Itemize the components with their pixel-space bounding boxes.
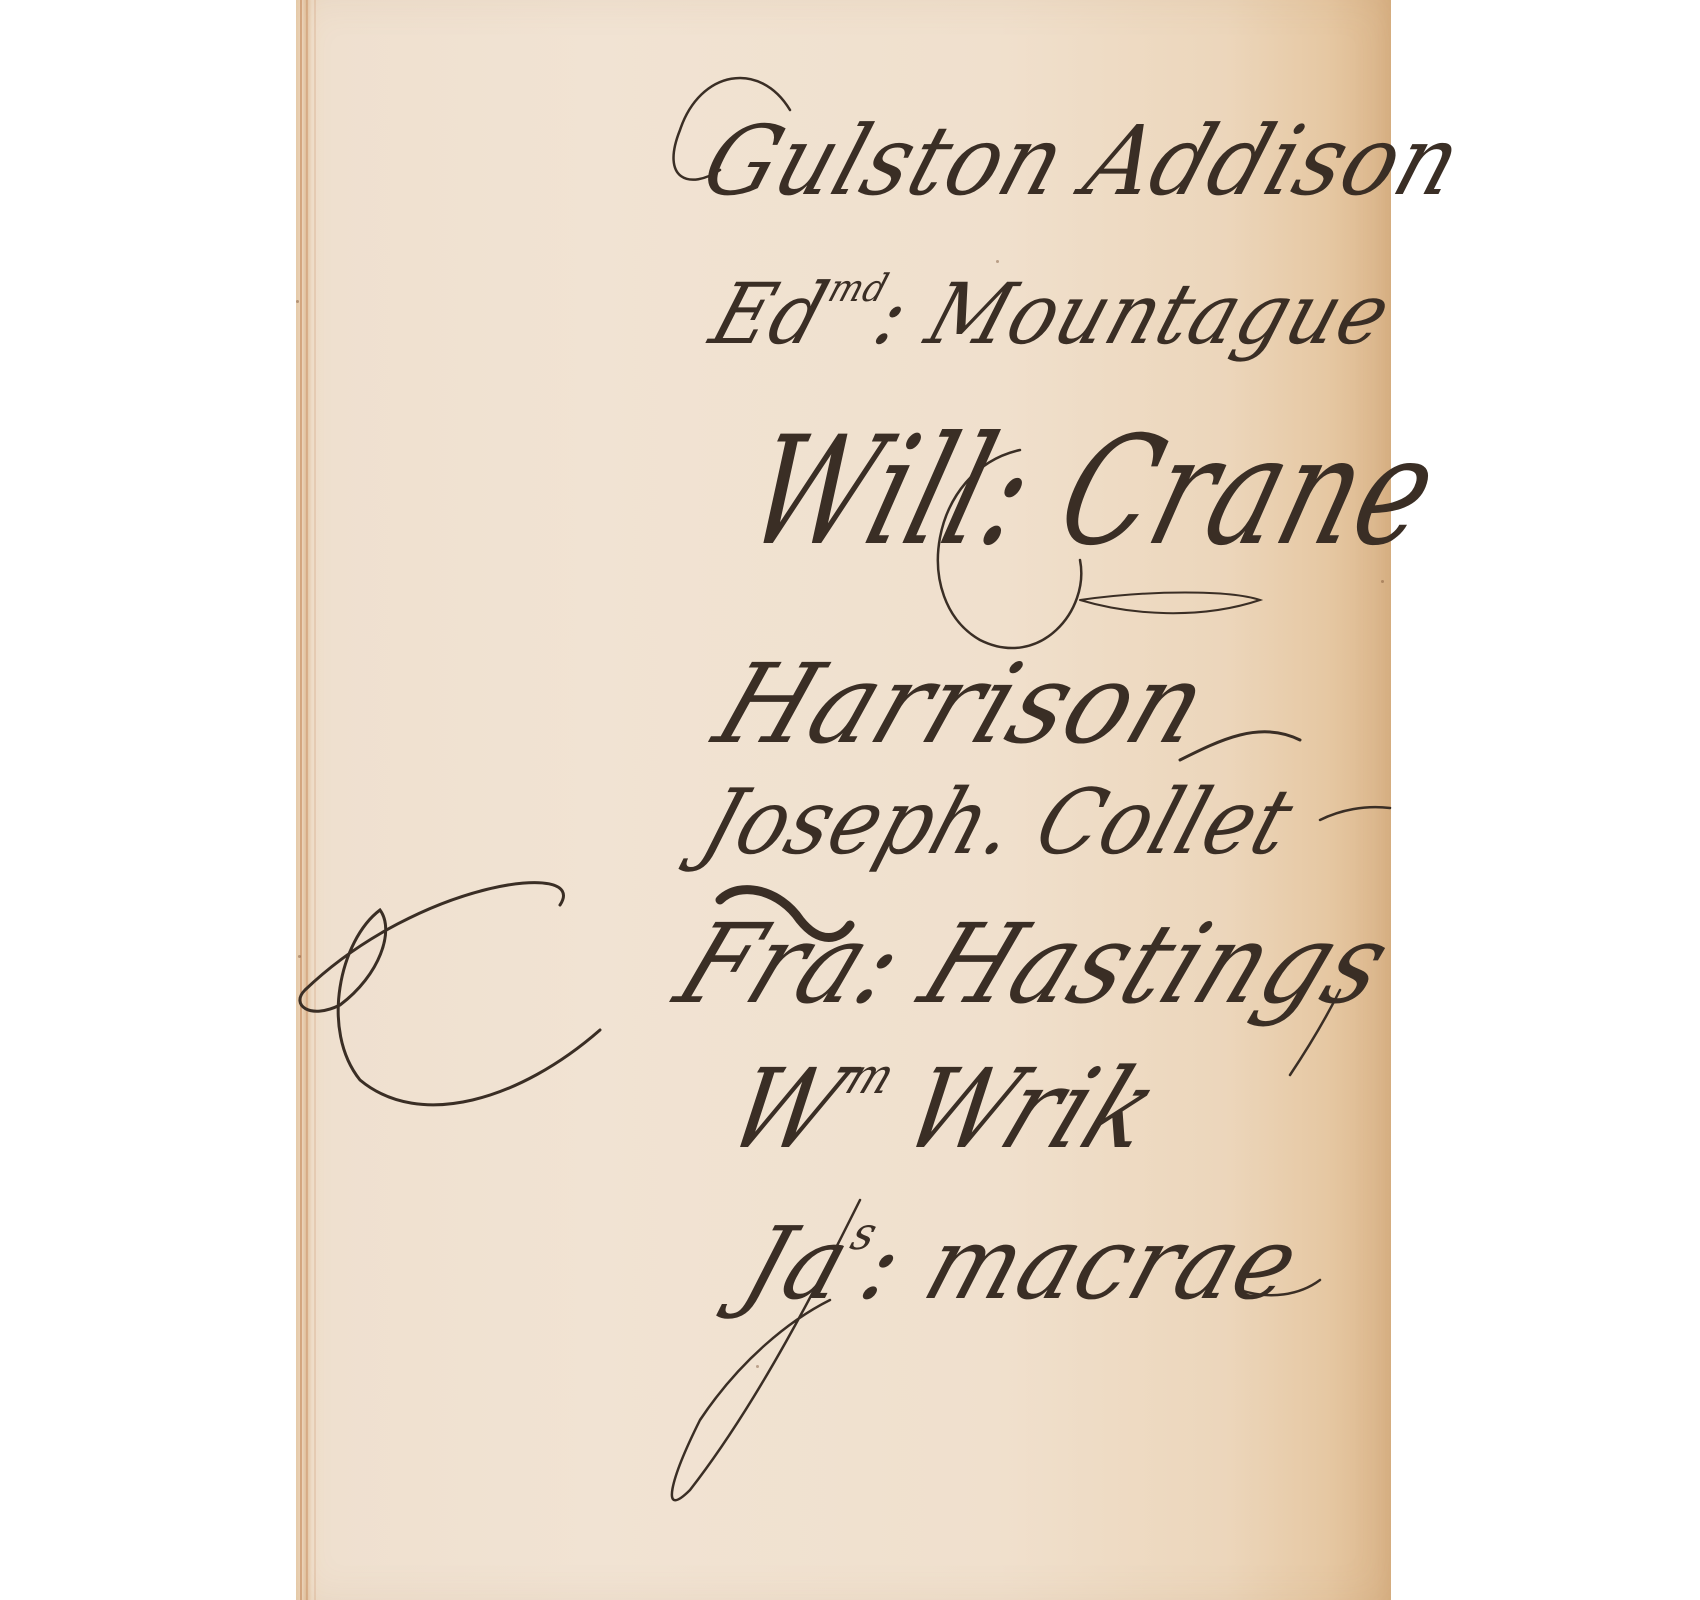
signature-harrison: Harrison bbox=[700, 640, 1225, 768]
signature-text: : macrae bbox=[847, 1205, 1313, 1322]
image-stage: Gulston Addison Edmd: Mountague Will: Cr… bbox=[0, 0, 1700, 1600]
fore-edge-line bbox=[306, 0, 308, 1600]
paper-speck bbox=[296, 300, 299, 303]
paper-speck bbox=[996, 260, 999, 263]
signature-joseph-collet: Joseph. Collet bbox=[690, 770, 1306, 875]
signature-text: Fra: Hastings bbox=[660, 900, 1409, 1028]
signature-gulston-addison: Gulston Addison bbox=[690, 105, 1475, 217]
signature-wm-wrik: Wm Wrik bbox=[710, 1045, 1178, 1173]
paper-speck bbox=[1381, 580, 1384, 583]
signature-fra-hastings: Fra: Hastings bbox=[660, 900, 1409, 1028]
signature-edm-mountague: Edmd: Mountague bbox=[700, 265, 1403, 363]
signature-text: Gulston Addison bbox=[690, 105, 1475, 217]
signature-will-crane: Will: Crane bbox=[730, 405, 1455, 579]
signature-text: : Mountague bbox=[863, 265, 1403, 363]
signature-text: Will: Crane bbox=[730, 405, 1455, 579]
paper-speck bbox=[298, 955, 301, 958]
paper-speck bbox=[756, 1365, 759, 1368]
fore-edge-line bbox=[300, 0, 302, 1600]
fore-edge-line bbox=[314, 0, 316, 1600]
signature-text: Joseph. Collet bbox=[690, 770, 1306, 875]
signature-jas-macrae: Jas: macrae bbox=[730, 1205, 1313, 1322]
signature-text: Harrison bbox=[700, 640, 1225, 768]
signature-text: Wrik bbox=[854, 1045, 1178, 1173]
